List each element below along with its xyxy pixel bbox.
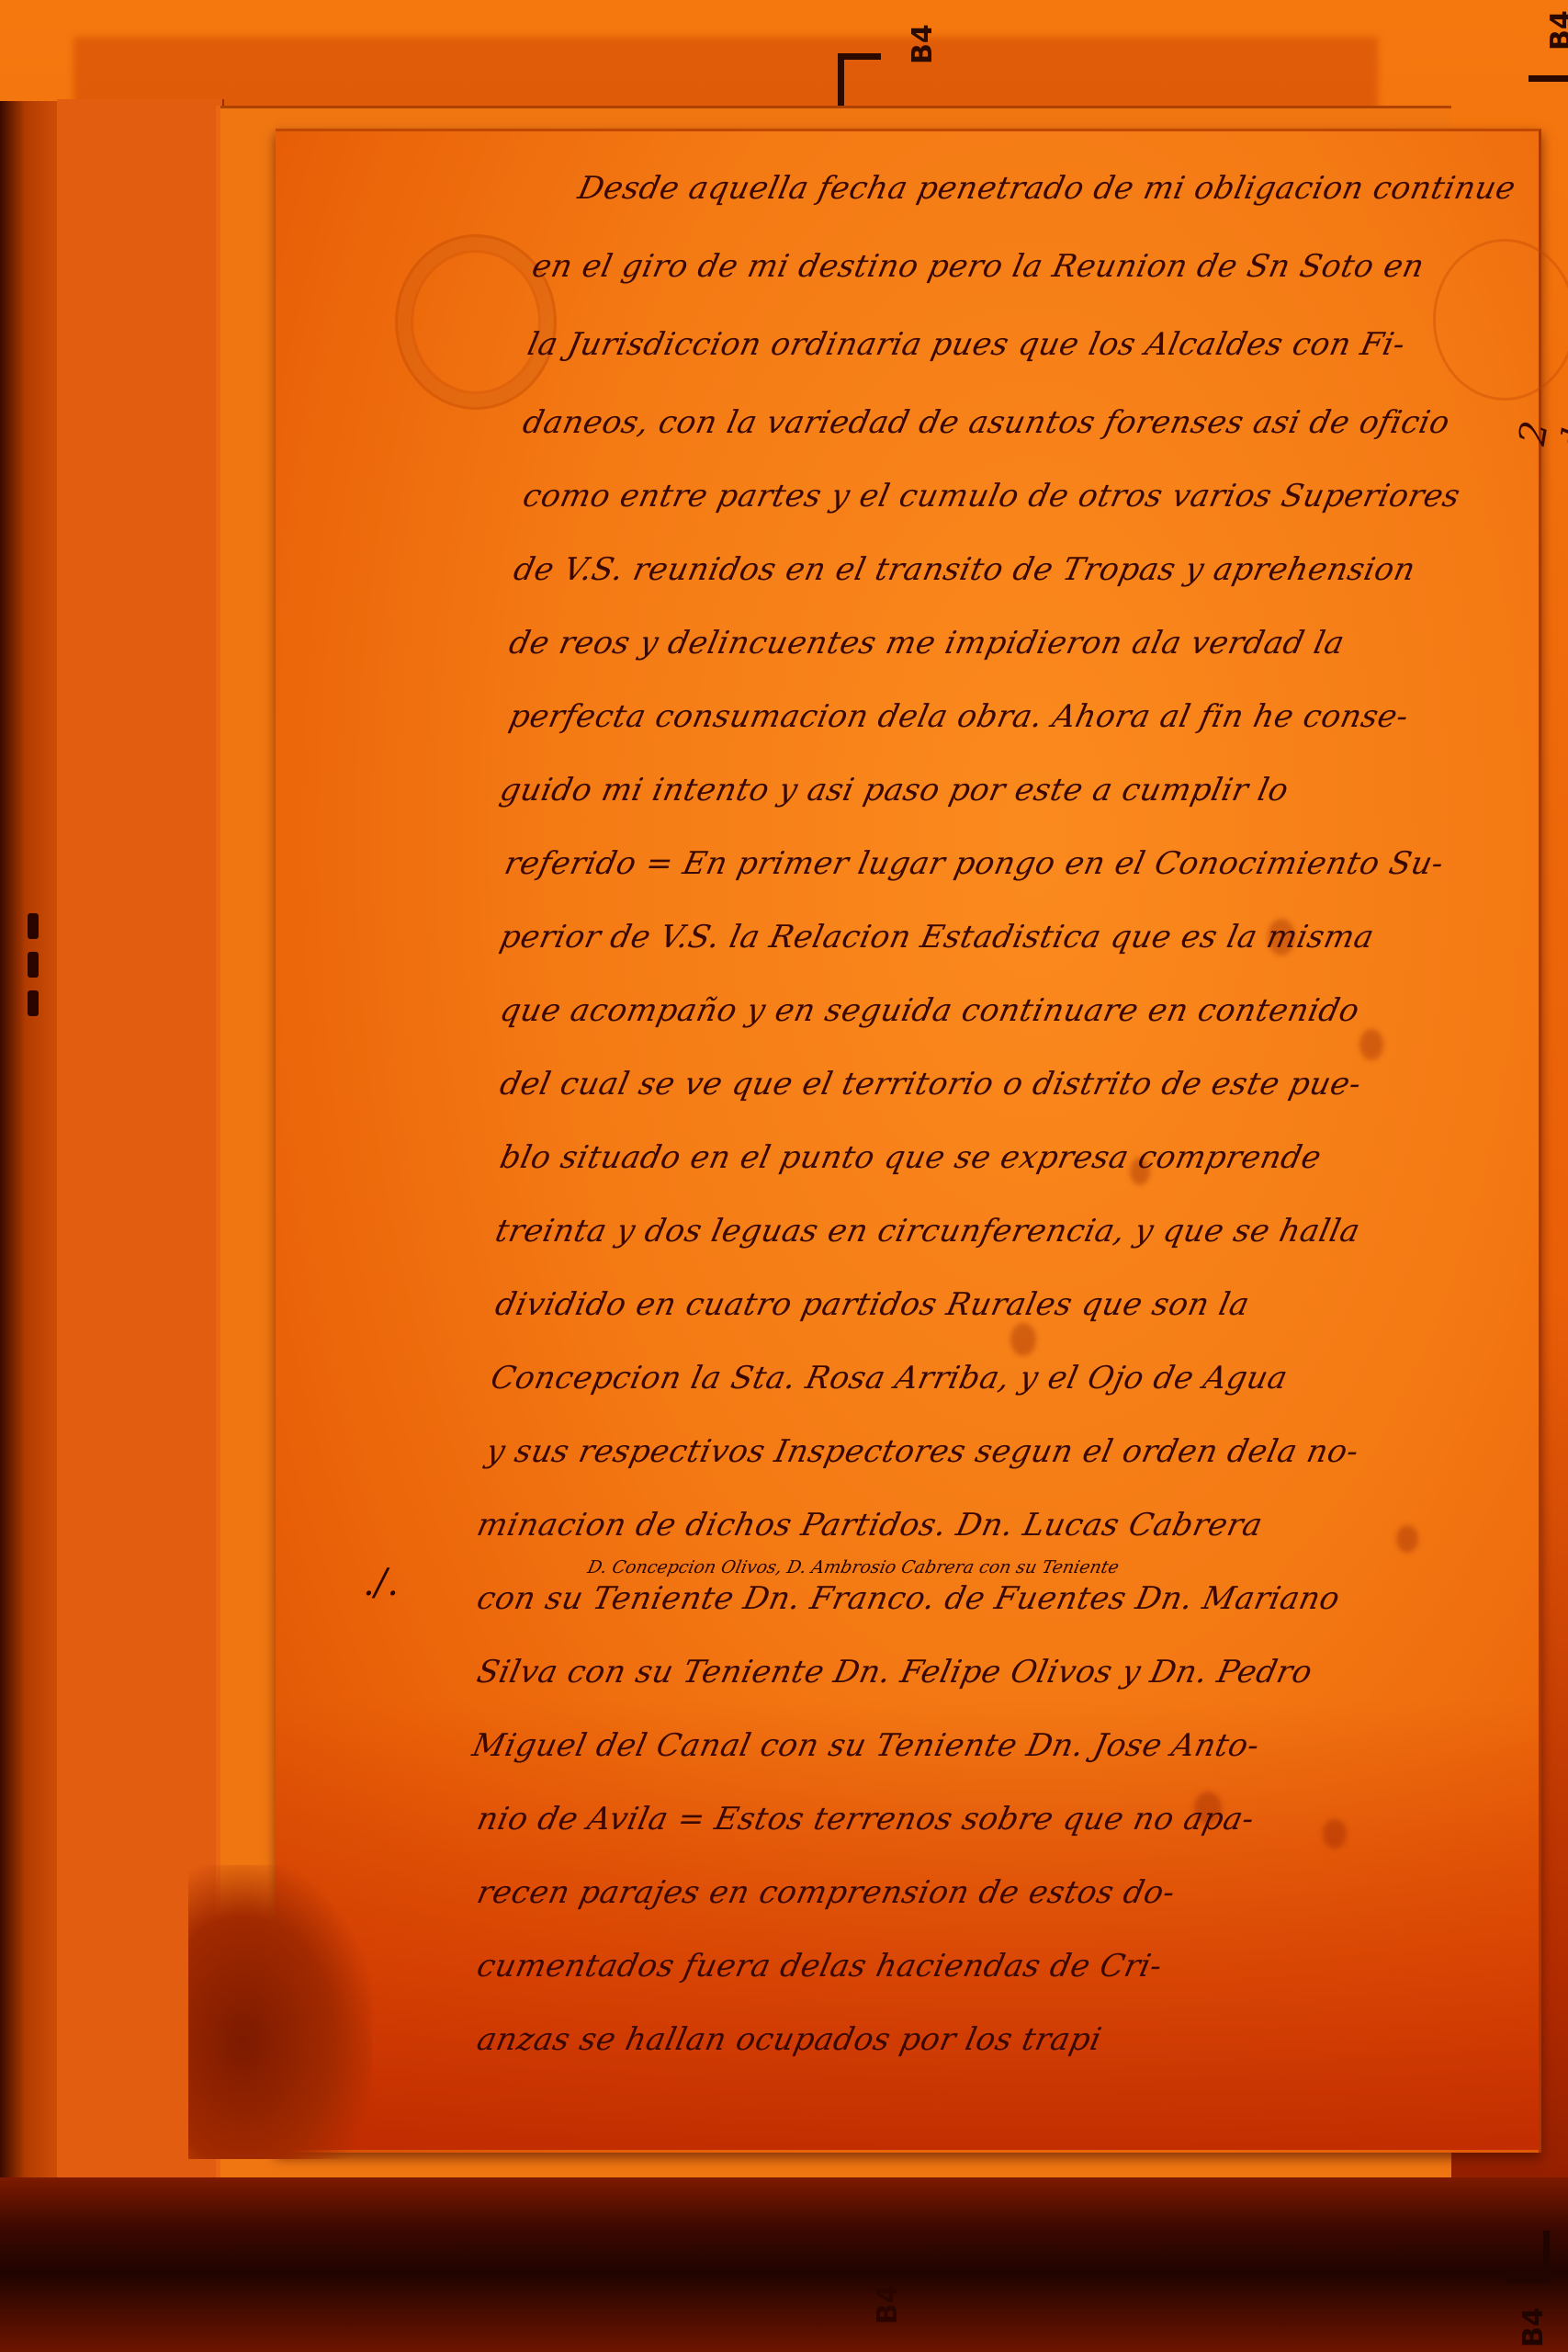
- calibration-label-top-right: B4: [1548, 10, 1568, 51]
- manuscript-line: perfecta consumacion dela obra. Ahora al…: [506, 698, 1412, 735]
- manuscript-line: en el giro de mi destino pero la Reunion…: [529, 248, 1427, 285]
- left-edge-ink-marks: [28, 900, 55, 1084]
- manuscript-line: guido mi intento y asi paso por este a c…: [497, 772, 1292, 808]
- manuscript-line: Concepcion la Sta. Rosa Arriba, y el Ojo…: [488, 1360, 1292, 1396]
- manuscript-line: daneos, con la variedad de asuntos foren…: [520, 404, 1453, 441]
- foxing-stain: [1323, 1819, 1347, 1849]
- manuscript-line: Silva con su Teniente Dn. Felipe Olivos …: [474, 1654, 1316, 1690]
- manuscript-line: y sus respectivos Inspectores segun el o…: [483, 1433, 1362, 1470]
- page-lower-darkening: [276, 1700, 1539, 2150]
- binding-edge: [0, 101, 64, 2196]
- embossed-seal-icon: [395, 234, 557, 410]
- manuscript-line: del cual se ve que el territorio o distr…: [497, 1066, 1365, 1102]
- torn-corner-damage: [188, 1865, 372, 2159]
- bottom-shadow: [0, 2177, 1568, 2352]
- manuscript-line: nio de Avila = Estos terrenos sobre que …: [474, 1801, 1258, 1837]
- manuscript-line: dividido en cuatro partidos Rurales que …: [492, 1286, 1253, 1323]
- foxing-stain: [1010, 1323, 1036, 1356]
- manuscript-line: de reos y delincuentes me impidieron ala…: [506, 625, 1348, 661]
- manuscript-line: con su Teniente Dn. Franco. de Fuentes D…: [474, 1580, 1344, 1617]
- manuscript-line: como entre partes y el cumulo de otros v…: [520, 478, 1463, 514]
- calibration-line-top-right: [1529, 75, 1568, 82]
- manuscript-line: que acompaño y en seguida continuare en …: [497, 992, 1363, 1029]
- manuscript-line: de V.S. reunidos en el transito de Tropa…: [511, 551, 1419, 588]
- calibration-corner-bottom-right: [1506, 2231, 1550, 2283]
- manuscript-line: anzas se hallan ocupados por los trapi: [474, 2021, 1105, 2058]
- manuscript-line: blo situado en el punto que se expresa c…: [497, 1139, 1325, 1176]
- manuscript-line: referido = En primer lugar pongo en el C…: [502, 845, 1448, 882]
- foxing-stain: [1396, 1525, 1418, 1553]
- left-margin-mark: ./.: [363, 1562, 399, 1604]
- foxing-stain: [1359, 1029, 1383, 1060]
- interlinear-insertion: D. Concepcion Olivos, D. Ambrosio Cabrer…: [586, 1557, 1121, 1577]
- calibration-label-bottom-left: B4: [874, 2284, 902, 2324]
- manuscript-line: cumentados fuera delas haciendas de Cri-: [474, 1948, 1166, 1984]
- manuscript-line: la Jurisdiccion ordinaria pues que los A…: [525, 326, 1409, 363]
- manuscript-line: Desde aquella fecha penetrado de mi obli…: [575, 170, 1519, 207]
- manuscript-line: Miguel del Canal con su Teniente Dn. Jos…: [469, 1727, 1263, 1764]
- manuscript-line: perior de V.S. la Relacion Estadistica q…: [497, 919, 1378, 955]
- manuscript-line: recen parajes en comprension de estos do…: [474, 1874, 1179, 1911]
- calibration-label-top-left: B4: [909, 24, 937, 64]
- embossed-seal-right-icon: [1433, 239, 1568, 401]
- manuscript-line: minacion de dichos Partidos. Dn. Lucas C…: [474, 1507, 1266, 1543]
- manuscript-line: treinta y dos leguas en circunferencia, …: [492, 1213, 1364, 1249]
- calibration-label-bottom-right: B4: [1520, 2307, 1548, 2347]
